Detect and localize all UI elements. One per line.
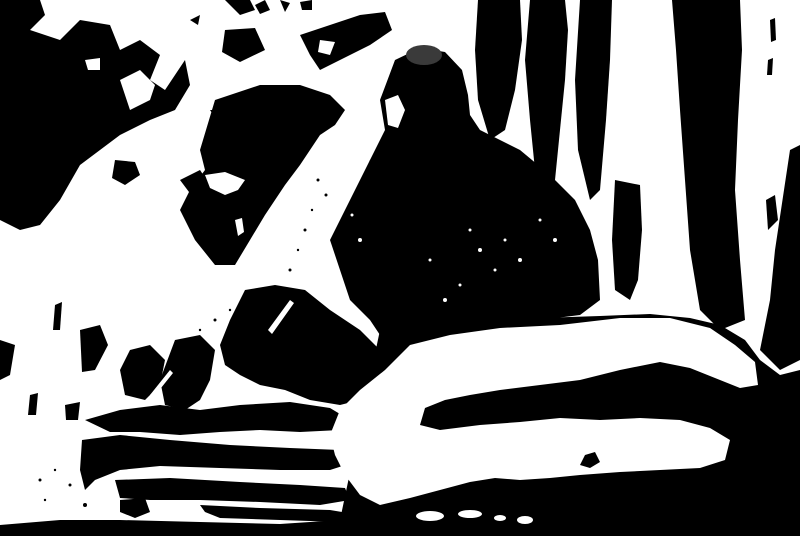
photo-scene	[0, 0, 800, 536]
hat-patch	[406, 45, 442, 65]
